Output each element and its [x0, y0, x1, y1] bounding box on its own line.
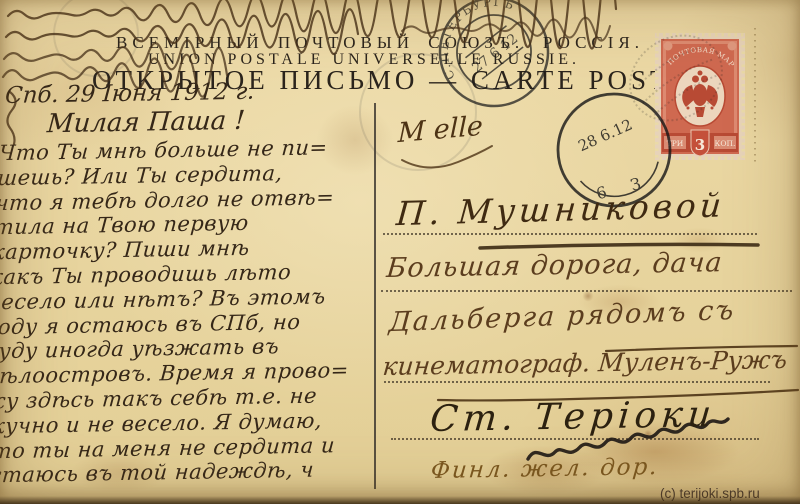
marginalia-scribble	[4, 40, 196, 69]
site-watermark: (c) terijoki.spb.ru	[660, 486, 760, 501]
address-railway: Финл. жел. дор.	[430, 454, 660, 484]
address-street: Большая дорога, дача	[385, 247, 724, 284]
address-station: Ст. Теріоки	[428, 394, 717, 440]
honorific-flourish	[402, 146, 492, 168]
postcard-scan: { "printed": { "upu_ru": "ВСЕМІРНЫЙ ПОЧТ…	[0, 0, 800, 504]
postmark-date: 28 6.12	[575, 115, 635, 155]
message-block: Спб. 29 Іюня 1912 г. Милая Паша ! Что Ты…	[0, 76, 386, 488]
faint-machine-cancel	[614, 19, 738, 138]
